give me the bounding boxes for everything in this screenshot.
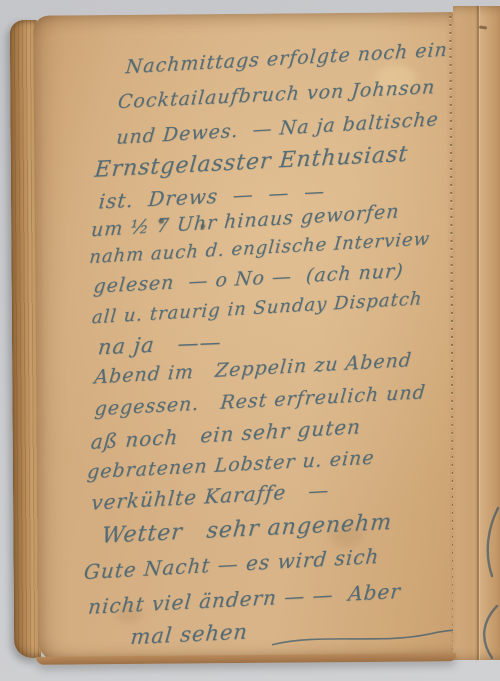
notebook-page: Nachmittags erfolgte noch ein Cocktailau… [33, 12, 460, 662]
handwritten-line: Ernstgelasster Enthusiast [94, 144, 410, 182]
handwritten-line: Gute Nacht — es wird sich [83, 546, 380, 582]
page-corner-mark [479, 25, 487, 29]
handwritten-line: mal sehen [130, 622, 249, 649]
notebook: Nachmittags erfolgte noch ein Cocktailau… [0, 0, 500, 681]
handwritten-line: Nachmittags erfolgte noch ein [125, 41, 449, 78]
photo-backdrop: Nachmittags erfolgte noch ein Cocktailau… [0, 0, 500, 681]
handwritten-line: all u. traurig in Sunday Dispatch [91, 290, 423, 327]
handwritten-line: na ja —— [97, 332, 223, 359]
facing-page-ink-stroke [477, 604, 499, 662]
handwritten-line: verkühlte Karaffe — [91, 480, 331, 513]
facing-page-edge [453, 6, 500, 660]
facing-page-ink-stroke [481, 506, 500, 578]
handwritten-line: Wetter sehr angenehm [101, 512, 393, 548]
page-fold-crease [477, 6, 479, 660]
handwritten-line: gebratenen Lobster u. eine [86, 449, 375, 483]
handwritten-line: Cocktailaufbruch von Johnson [117, 78, 436, 112]
handwritten-line: aß noch ein sehr guten [90, 416, 362, 452]
handwritten-line: gegessen. Rest erfreulich und [94, 383, 427, 419]
handwritten-line: nicht viel ändern — — Aber [87, 581, 401, 617]
